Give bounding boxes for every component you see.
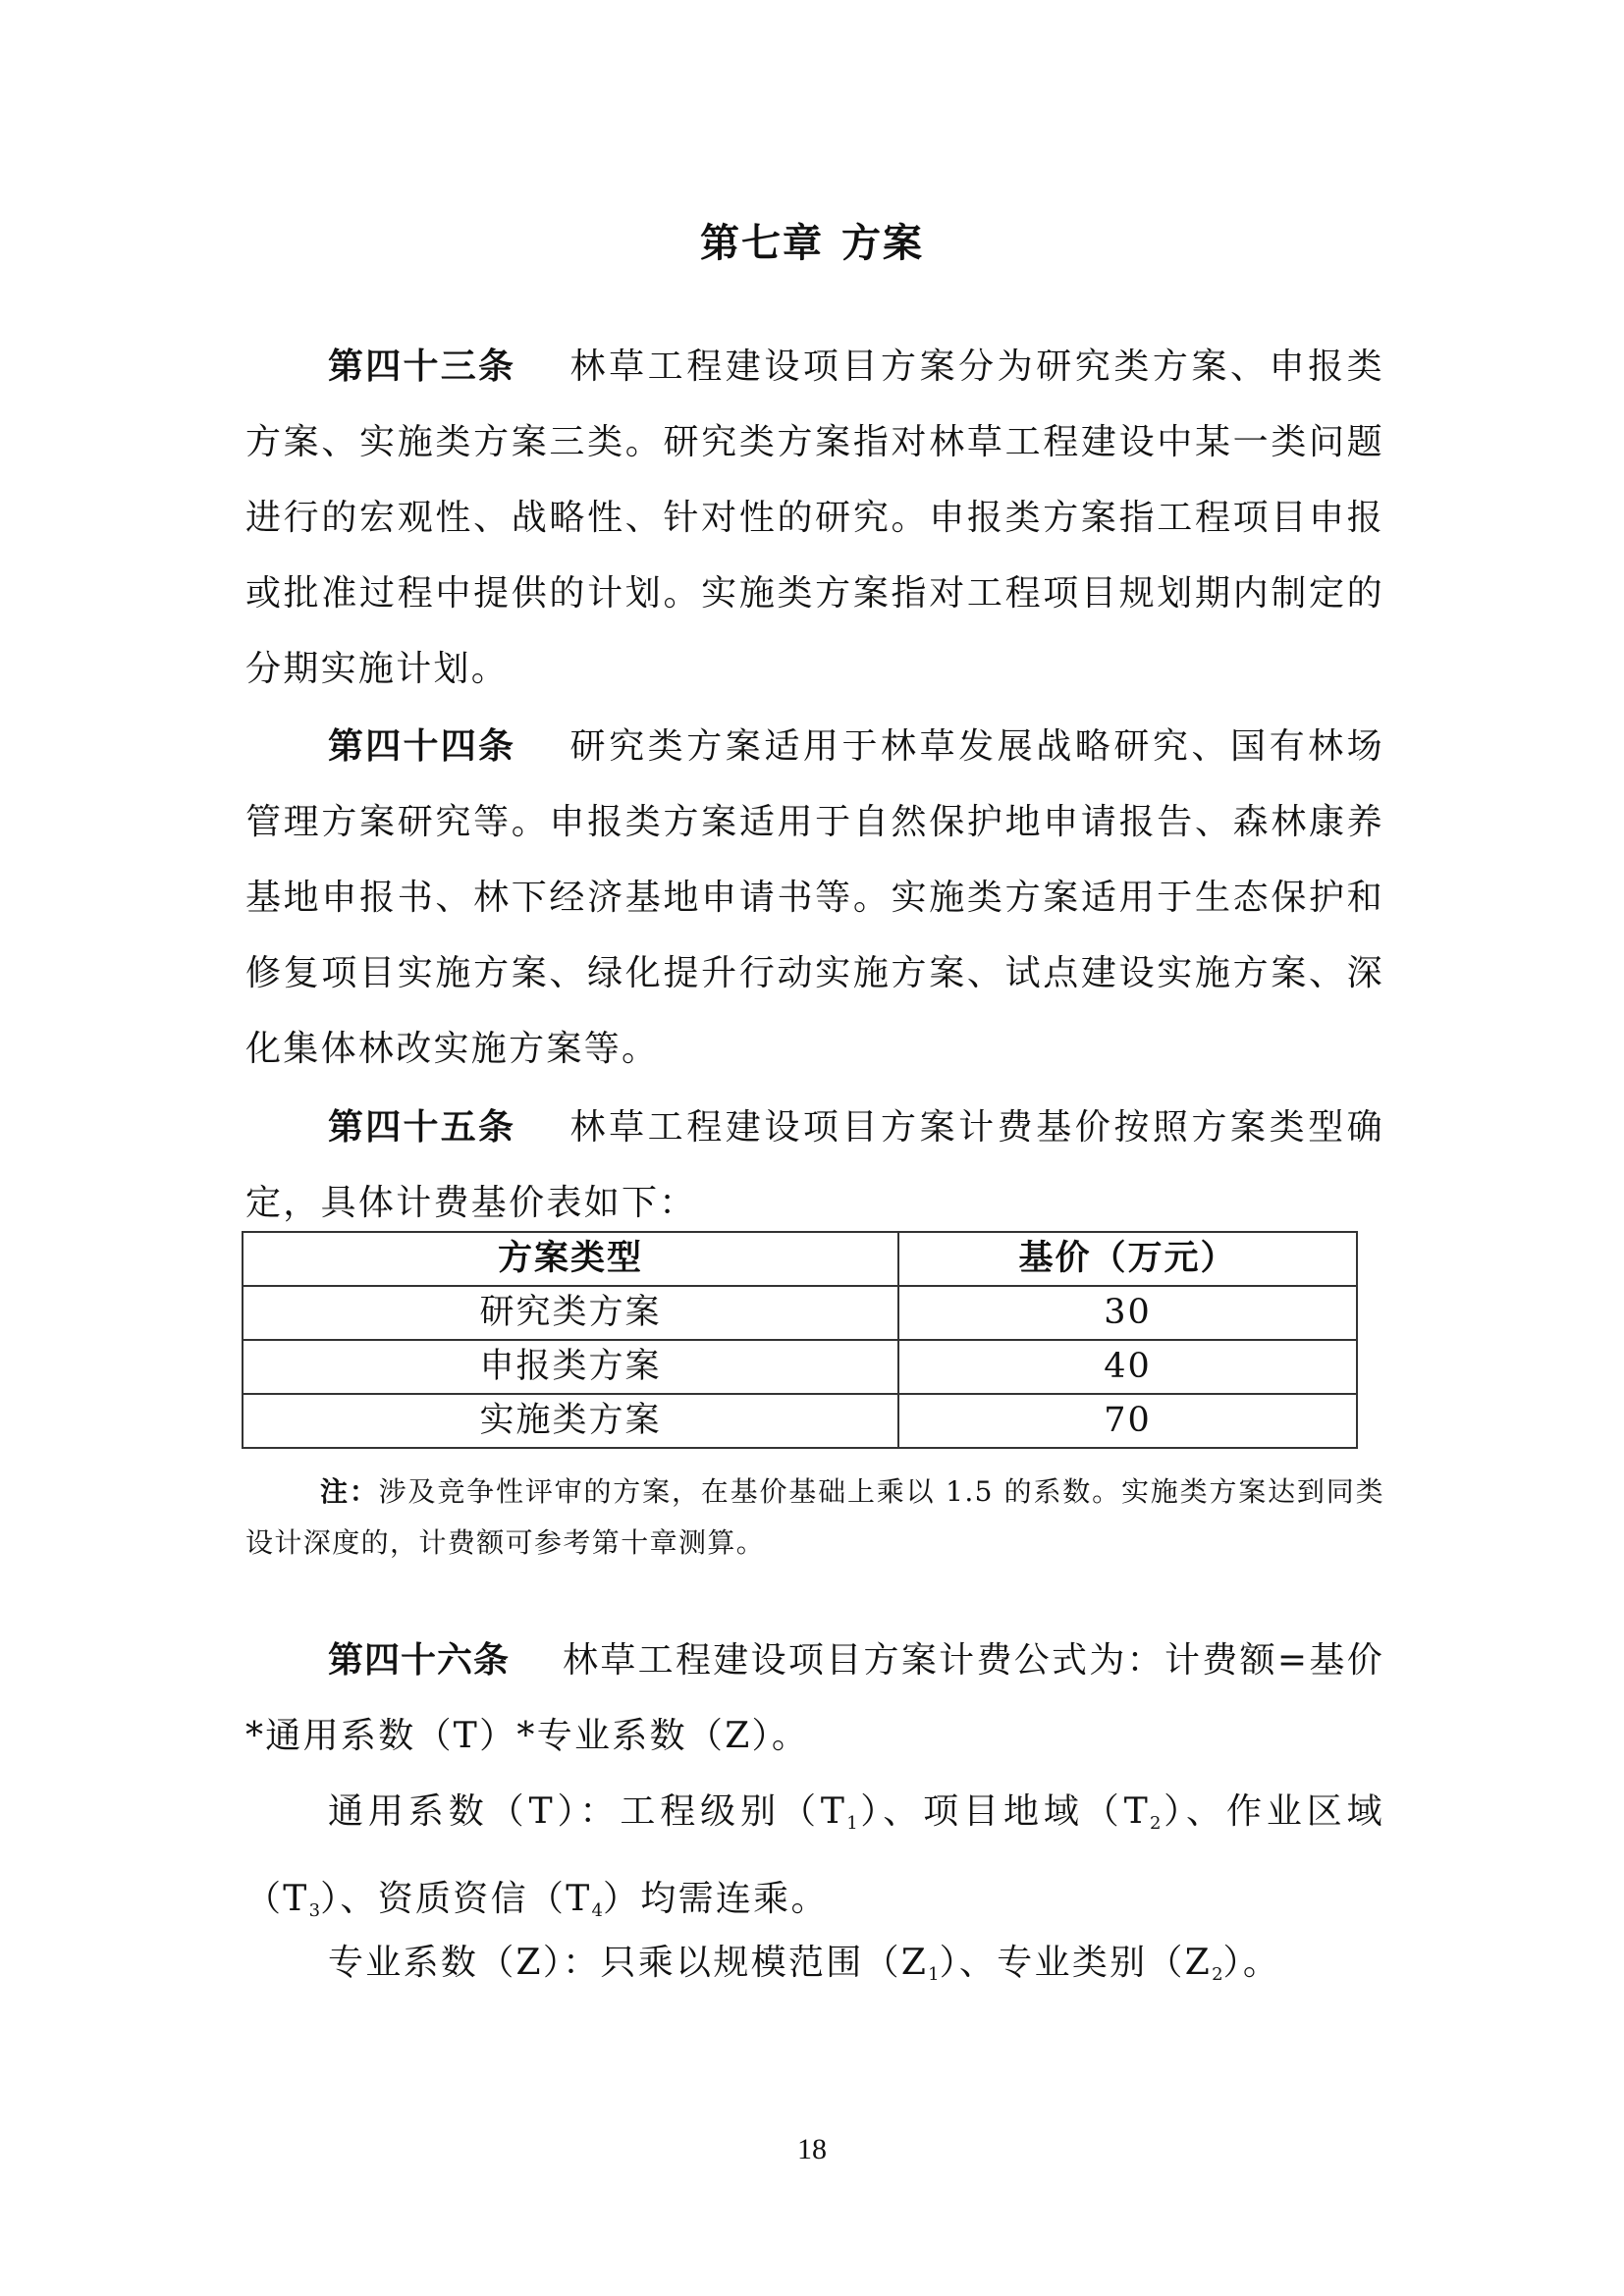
table-row: 实施类方案 70: [243, 1394, 1357, 1448]
separator: 、: [1186, 1791, 1226, 1832]
note-text: 涉及竞争性评审的方案，在基价基础上乘以 1.5 的系数。实施类方案达到同类设计深…: [245, 1475, 1384, 1559]
chapter-number: 第七章: [700, 221, 824, 266]
item-close: ）: [320, 1879, 340, 1919]
article-number: 第四十五条: [328, 1107, 515, 1148]
item-close: ）: [1161, 1791, 1186, 1832]
item-close: ）: [858, 1791, 884, 1832]
item-close: ）: [940, 1943, 959, 1983]
plan-type-cell: 研究类方案: [243, 1286, 898, 1340]
coefficient-item: 专业类别（Z2）: [997, 1943, 1243, 1983]
item-subscript: 1: [928, 1964, 939, 1985]
separator: 、: [959, 1943, 997, 1983]
coefficient-item: 项目地域（T2）: [923, 1791, 1186, 1832]
coefficient-item: 工程级别（T1）: [620, 1791, 883, 1832]
table-row: 研究类方案 30: [243, 1286, 1357, 1340]
coefficient-lead: 专业系数（Z）：只乘以: [328, 1943, 713, 1983]
page-number: 18: [0, 2130, 1624, 2169]
article-number: 第四十六条: [328, 1640, 510, 1681]
document-page: 第七章方案 第四十三条林草工程建设项目方案分为研究类方案、申报类方案、实施类方案…: [0, 0, 1624, 2296]
base-price-cell: 40: [898, 1340, 1357, 1394]
item-close: ）: [1223, 1943, 1243, 1983]
article-text: 林草工程建设项目方案分为研究类方案、申报类方案、实施类方案三类。研究类方案指对林…: [245, 347, 1384, 689]
plan-type-cell: 申报类方案: [243, 1340, 898, 1394]
article-45: 第四十五条林草工程建设项目方案计费基价按照方案类型确定，具体计费基价表如下：: [245, 1090, 1384, 1241]
article-number: 第四十四条: [328, 726, 515, 767]
item-name: 规模范围（Z: [713, 1943, 928, 1983]
special-coefficient-definition: 专业系数（Z）：只乘以规模范围（Z1）、专业类别（Z2）。: [245, 1925, 1384, 2012]
base-price-cell: 30: [898, 1286, 1357, 1340]
coefficient-item: 规模范围（Z1）: [713, 1943, 959, 1983]
article-46: 第四十六条林草工程建设项目方案计费公式为：计费额=基价*通用系数（T）*专业系数…: [245, 1623, 1384, 1774]
item-name: 工程级别（T: [620, 1791, 846, 1832]
item-subscript: 3: [309, 1900, 320, 1921]
table-header-row: 方案类型 基价（万元）: [243, 1232, 1357, 1286]
coefficient-lead: 通用系数（T）：: [328, 1791, 620, 1832]
chapter-title: 第七章方案: [0, 214, 1624, 273]
coefficient-tail: 。: [1243, 1943, 1280, 1983]
table-note: 注：涉及竞争性评审的方案，在基价基础上乘以 1.5 的系数。实施类方案达到同类设…: [245, 1467, 1384, 1569]
coefficient-tail: 均需连乘。: [640, 1879, 829, 1919]
item-subscript: 1: [846, 1813, 857, 1834]
separator: 、: [883, 1791, 923, 1832]
item-name: 资质资信（T: [378, 1879, 592, 1919]
item-name: 项目地域（T: [923, 1791, 1150, 1832]
header-plan-type: 方案类型: [243, 1232, 898, 1286]
coefficient-item: 资质资信（T4）: [378, 1879, 641, 1919]
header-base-price: 基价（万元）: [898, 1232, 1357, 1286]
general-coefficient-definition: 通用系数（T）：工程级别（T1）、项目地域（T2）、作业区域（T3）、资质资信（…: [245, 1774, 1384, 1949]
fee-base-price-table: 方案类型 基价（万元） 研究类方案 30 申报类方案 40 实施类方案 70: [242, 1231, 1358, 1449]
article-number: 第四十三条: [328, 347, 515, 387]
base-price-cell: 70: [898, 1394, 1357, 1448]
table-row: 申报类方案 40: [243, 1340, 1357, 1394]
article-text: 研究类方案适用于林草发展战略研究、国有林场管理方案研究等。申报类方案适用于自然保…: [245, 726, 1384, 1069]
plan-type-cell: 实施类方案: [243, 1394, 898, 1448]
article-43: 第四十三条林草工程建设项目方案分为研究类方案、申报类方案、实施类方案三类。研究类…: [245, 329, 1384, 707]
chapter-name: 方案: [841, 221, 924, 266]
item-subscript: 2: [1212, 1964, 1222, 1985]
item-close: ）: [603, 1879, 640, 1919]
item-subscript: 2: [1150, 1813, 1161, 1834]
note-label: 注：: [320, 1475, 379, 1508]
item-name: 专业类别（Z: [997, 1943, 1212, 1983]
separator: 、: [340, 1879, 377, 1919]
article-44: 第四十四条研究类方案适用于林草发展战略研究、国有林场管理方案研究等。申报类方案适…: [245, 709, 1384, 1087]
item-subscript: 4: [592, 1900, 603, 1921]
